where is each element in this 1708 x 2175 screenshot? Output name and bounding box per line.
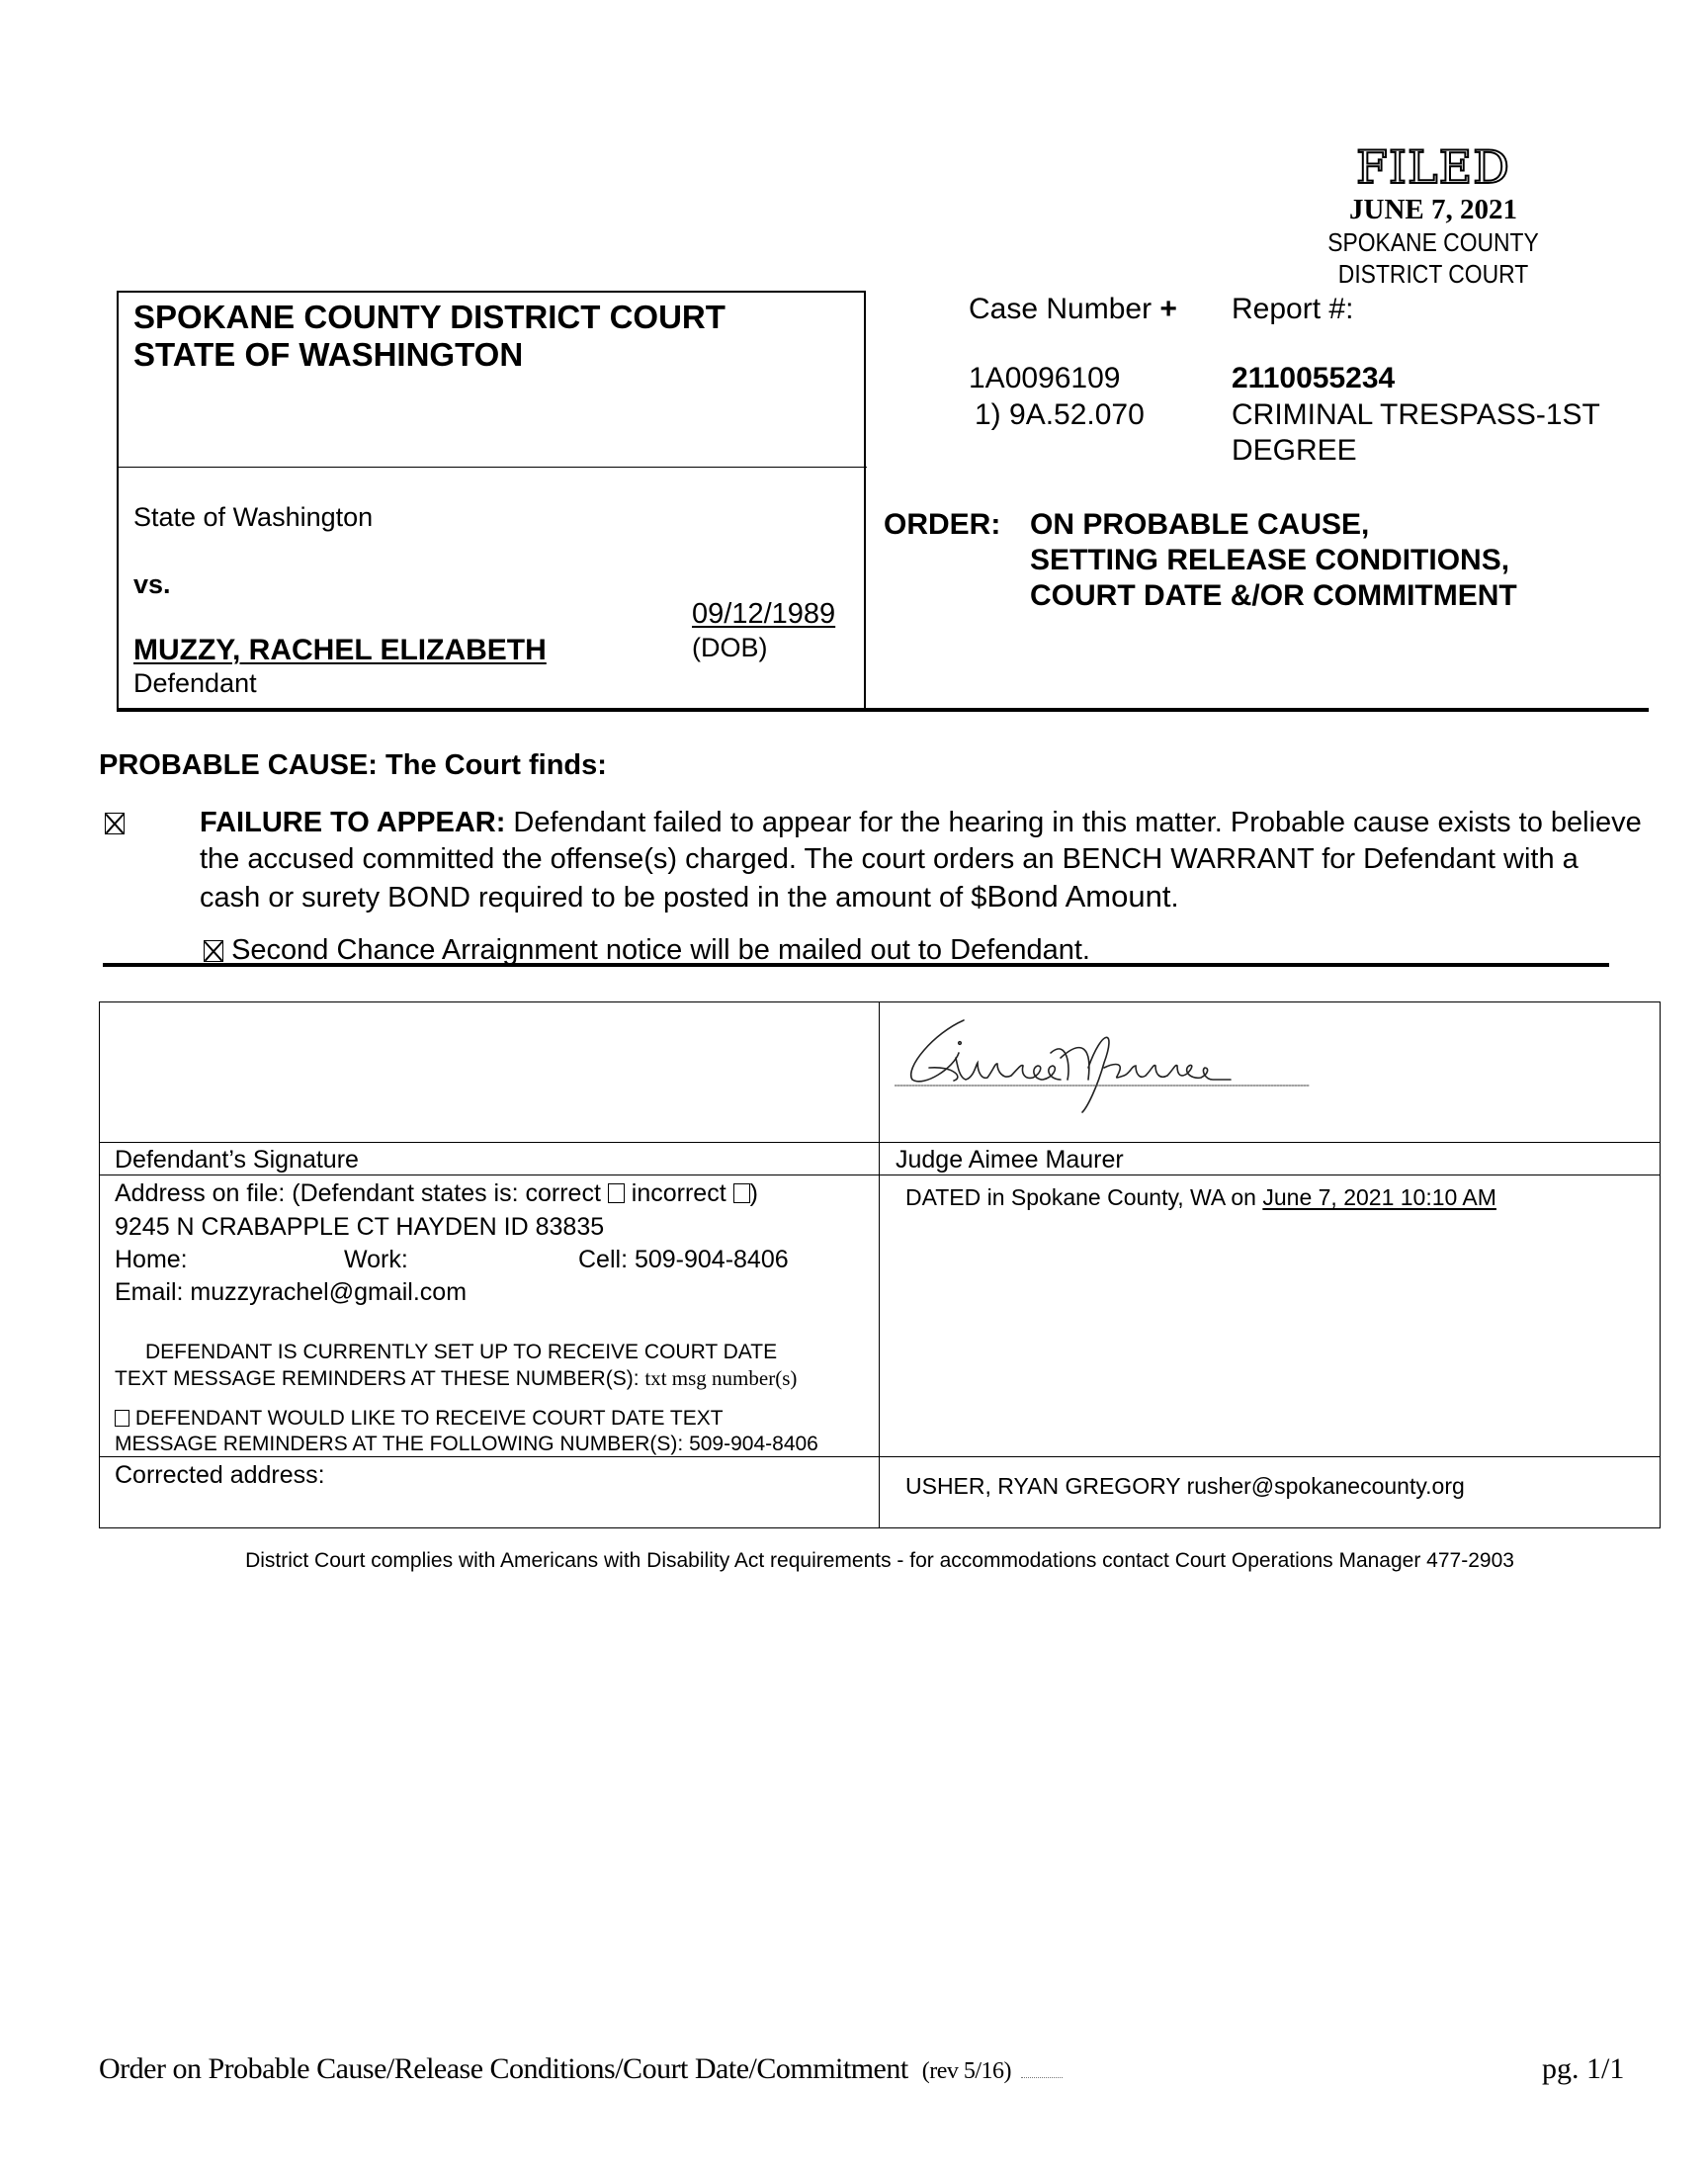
corrected-address-label: Corrected address: [115, 1461, 325, 1490]
charge-code: 1) 9A.52.070 [975, 398, 1145, 432]
fta-paragraph: FAILURE TO APPEAR: Defendant failed to a… [200, 805, 1643, 916]
charge-description-1: CRIMINAL TRESPASS-1ST [1232, 398, 1600, 432]
cell-phone: Cell: 509-904-8406 [578, 1246, 789, 1274]
filed-stamp-court: DISTRICT COURT [1303, 259, 1564, 290]
sms-request-line-2: MESSAGE REMINDERS AT THE FOLLOWING NUMBE… [115, 1433, 818, 1456]
bond-amount: Bond Amount [986, 879, 1170, 913]
plaintiff: State of Washington [133, 502, 373, 533]
home-phone-label: Home: [115, 1246, 188, 1274]
dob-label: (DOB) [692, 633, 768, 663]
section-rule [103, 963, 1609, 967]
table-row-divider [99, 1456, 1661, 1457]
charge-description-2: DEGREE [1232, 434, 1357, 468]
dob-value: 09/12/1989 [692, 598, 835, 631]
form-title-footer: Order on Probable Cause/Release Conditio… [99, 2052, 1063, 2086]
work-phone-label: Work: [344, 1246, 408, 1274]
court-title: SPOKANE COUNTY DISTRICT COURT STATE OF W… [133, 299, 726, 374]
sms-current-line-1: DEFENDANT IS CURRENTLY SET UP TO RECEIVE… [145, 1341, 777, 1364]
order-line-1: ON PROBABLE CAUSE, [1030, 508, 1369, 542]
form-revision: (rev 5/16) [922, 2058, 1011, 2084]
probable-cause-title: PROBABLE CAUSE: The Court finds: [99, 749, 607, 782]
case-number: 1A0096109 [969, 362, 1121, 395]
page-number: pg. 1/1 [1542, 2052, 1624, 2086]
caption-divider [117, 467, 867, 468]
defendant-signature-field[interactable] [101, 1003, 878, 1141]
defendant-name: MUZZY, RACHEL ELIZABETH [133, 634, 547, 667]
court-name: SPOKANE COUNTY DISTRICT COURT [133, 299, 726, 336]
table-column-divider [879, 1001, 880, 1528]
court-state: STATE OF WASHINGTON [133, 336, 726, 374]
table-row-divider [99, 1142, 1661, 1143]
order-label: ORDER: [884, 508, 1000, 542]
second-chance-text: Second Chance Arraignment notice will be… [231, 934, 1090, 966]
report-number: 2110055234 [1232, 362, 1395, 395]
judge-name-label: Judge Aimee Maurer [896, 1146, 1124, 1174]
form-title: Order on Probable Cause/Release Conditio… [99, 2052, 908, 2085]
fta-checkbox[interactable] [105, 813, 125, 836]
sms-current-line-2: TEXT MESSAGE REMINDERS AT THESE NUMBER(S… [115, 1366, 797, 1391]
signature-image [895, 1008, 1448, 1117]
filed-stamp-title: FILED [1285, 140, 1581, 194]
report-number-label: Report #: [1232, 293, 1353, 326]
email: Email: muzzyrachel@gmail.com [115, 1278, 467, 1307]
second-chance-checkbox[interactable] [204, 940, 223, 962]
dated-value: June 7, 2021 10:10 AM [1262, 1184, 1496, 1210]
sms-current-numbers: txt msg number(s) [644, 1366, 797, 1390]
fta-label: FAILURE TO APPEAR: [200, 807, 505, 838]
defendant-label: Defendant [133, 668, 257, 699]
filed-stamp-county: SPOKANE COUNTY [1303, 227, 1564, 258]
dated-line: DATED in Spokane County, WA on June 7, 2… [905, 1184, 1496, 1211]
ada-notice: District Court complies with Americans w… [99, 1549, 1661, 1573]
address-correct-checkbox[interactable] [608, 1183, 625, 1203]
sms-request-checkbox[interactable] [115, 1410, 129, 1427]
defendant-signature-label: Defendant’s Signature [115, 1146, 359, 1174]
judge-signature [895, 1008, 1448, 1117]
order-line-3: COURT DATE &/OR COMMITMENT [1030, 579, 1517, 613]
case-number-plus: + [1159, 293, 1177, 325]
sms-request-line-1: DEFENDANT WOULD LIKE TO RECEIVE COURT DA… [115, 1407, 724, 1431]
checked-box-icon [105, 813, 125, 834]
address-on-file: Address on file: (Defendant states is: c… [115, 1179, 758, 1208]
table-row-divider [99, 1174, 1661, 1175]
header-rule [117, 708, 1649, 712]
address-incorrect-checkbox[interactable] [733, 1183, 750, 1203]
order-line-2: SETTING RELEASE CONDITIONS, [1030, 544, 1509, 577]
filed-stamp-date: JUNE 7, 2021 [1285, 194, 1581, 226]
versus: vs. [133, 569, 171, 600]
street-address: 9245 N CRABAPPLE CT HAYDEN ID 83835 [115, 1213, 604, 1242]
corrected-address-field[interactable] [101, 1493, 878, 1526]
officer-info: USHER, RYAN GREGORY rusher@spokanecounty… [905, 1473, 1465, 1500]
initials-blank [1021, 2077, 1063, 2078]
case-number-label: Case Number + [969, 293, 1177, 326]
